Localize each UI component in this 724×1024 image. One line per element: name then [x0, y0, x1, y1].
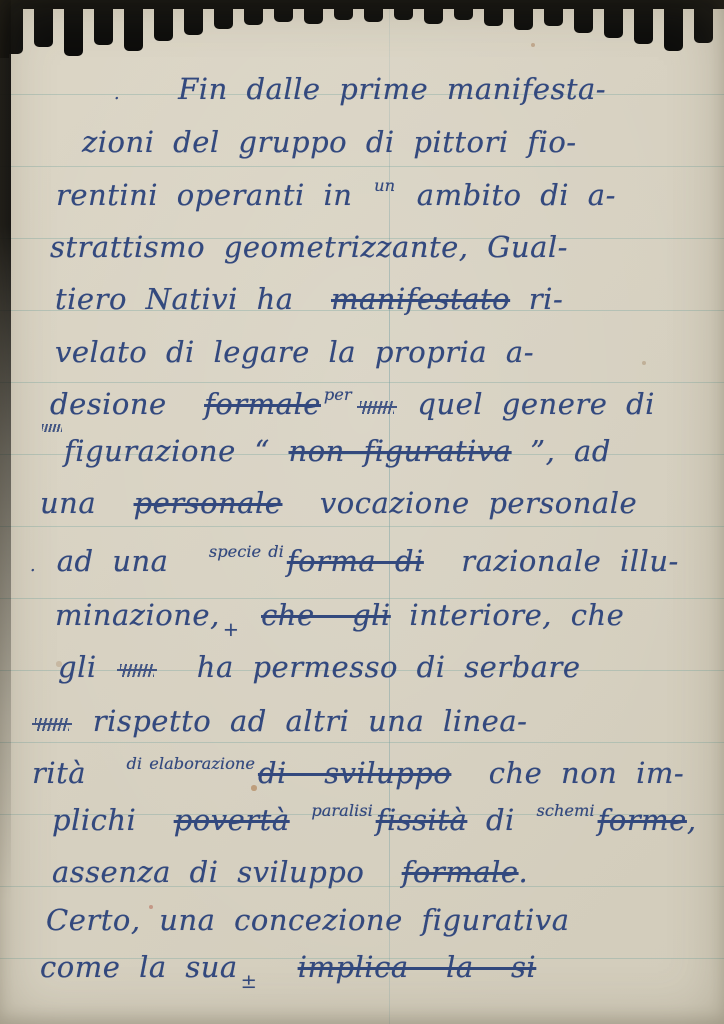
text-segment: ri- — [510, 282, 563, 316]
text-segment: rispetto ad altri una linea- — [74, 704, 527, 738]
handwritten-line: figurazione “ non figurativa ”, ad — [42, 428, 611, 474]
struck-text-segment: forme — [598, 803, 687, 837]
handwritten-line: strattismo geometrizzante, Gual- — [50, 224, 568, 270]
text-segment: quel genere di — [399, 387, 655, 421]
text-segment: tiero Nativi ha — [55, 282, 331, 316]
scribble-mark-above — [42, 424, 62, 432]
struck-text-segment: fissità — [376, 803, 468, 837]
text-segment: figurazione “ — [64, 434, 289, 468]
text-segment: strattismo geometrizzante, Gual- — [50, 230, 568, 264]
inserted-text-segment: paralisi — [308, 801, 375, 820]
struck-text-segment: forma di — [287, 544, 424, 578]
struck-text-segment: implica la si — [298, 950, 537, 984]
handwritten-line: . Fin dalle prime manifesta- — [112, 66, 606, 117]
handwritten-line: desione formaleper quel genere di — [50, 381, 655, 432]
text-segment: interiore, che — [391, 598, 625, 632]
handwritten-line: rispetto ad altri una linea- — [30, 698, 527, 744]
struck-text-segment: non figurativa — [289, 434, 512, 468]
caret-mark-below: ± — [238, 970, 261, 993]
manuscript-text: . Fin dalle prime manifesta-zioni del gr… — [0, 0, 724, 1024]
text-segment: , — [687, 803, 697, 837]
text-segment — [290, 803, 309, 837]
handwritten-line: Certo, una concezione figurativa — [46, 897, 569, 943]
scanned-notebook-page: . Fin dalle prime manifesta-zioni del gr… — [0, 0, 724, 1024]
text-segment: ambito di a- — [398, 178, 616, 212]
handwritten-line: . ad una specie diforma di razionale ill… — [28, 538, 679, 589]
text-segment: di — [467, 803, 533, 837]
caret-mark-below: + — [220, 618, 243, 641]
text-segment: ha permesso di serbare — [159, 650, 580, 684]
handwritten-line: rità di elaborazionedi sviluppo che non … — [32, 750, 684, 801]
handwritten-line: zioni del gruppo di pittori fio- — [82, 119, 577, 165]
struck-text-segment: personale — [134, 486, 283, 520]
text-segment: ”, ad — [512, 434, 611, 468]
struck-text-segment: povertà — [174, 803, 290, 837]
handwritten-line: plichi povertà paralisifissità di schemi… — [52, 797, 697, 848]
text-segment: velato di legare la propria a- — [55, 335, 534, 369]
scribble-mark — [360, 401, 394, 414]
text-segment: rità — [32, 756, 124, 790]
text-segment — [260, 950, 297, 984]
text-segment: desione — [50, 387, 204, 421]
handwritten-line: tiero Nativi ha manifestato ri- — [55, 276, 563, 322]
text-segment: plichi — [52, 803, 174, 837]
handwritten-line: minazione,+ che gli interiore, che — [55, 592, 624, 642]
margin-mark: . — [28, 556, 38, 576]
text-segment: . — [519, 855, 529, 889]
inserted-text-segment: per — [321, 385, 355, 404]
text-segment: vocazione personale — [282, 486, 637, 520]
text-segment: rentini operanti in — [56, 178, 371, 212]
inserted-text-segment: specie di — [206, 542, 287, 561]
handwritten-line: assenza di sviluppo formale. — [52, 849, 528, 895]
text-segment: Certo, una concezione figurativa — [46, 903, 569, 937]
struck-text-segment: di sviluppo — [258, 756, 451, 790]
scribble-mark — [35, 718, 69, 731]
text-segment: come la sua — [40, 950, 238, 984]
text-segment — [242, 598, 261, 632]
inserted-text-segment: di elaborazione — [124, 754, 258, 773]
handwritten-line: gli ha permesso di serbare — [58, 644, 581, 690]
handwritten-line: una personale vocazione personale — [40, 480, 637, 526]
handwritten-line: rentini operanti in un ambito di a- — [56, 172, 616, 223]
struck-text-segment: che gli — [261, 598, 391, 632]
scribble-mark — [120, 664, 154, 677]
inserted-text-segment: schemi — [534, 801, 598, 820]
struck-text-segment: formale — [204, 387, 321, 421]
text-segment: Fin dalle prime manifesta- — [122, 72, 606, 106]
text-segment: una — [40, 486, 134, 520]
text-segment: gli — [58, 650, 115, 684]
text-segment: ad una — [38, 544, 206, 578]
text-segment: minazione, — [55, 598, 220, 632]
margin-mark: . — [112, 84, 122, 104]
struck-text-segment: formale — [402, 855, 519, 889]
text-segment: che non im- — [451, 756, 684, 790]
struck-text-segment: manifestato — [331, 282, 510, 316]
handwritten-line: come la sua± implica la si — [40, 944, 536, 994]
text-segment: zioni del gruppo di pittori fio- — [82, 125, 577, 159]
text-segment: assenza di sviluppo — [52, 855, 402, 889]
handwritten-line: velato di legare la propria a- — [55, 329, 534, 375]
inserted-text-segment: un — [371, 176, 398, 195]
text-segment: razionale illu- — [424, 544, 679, 578]
